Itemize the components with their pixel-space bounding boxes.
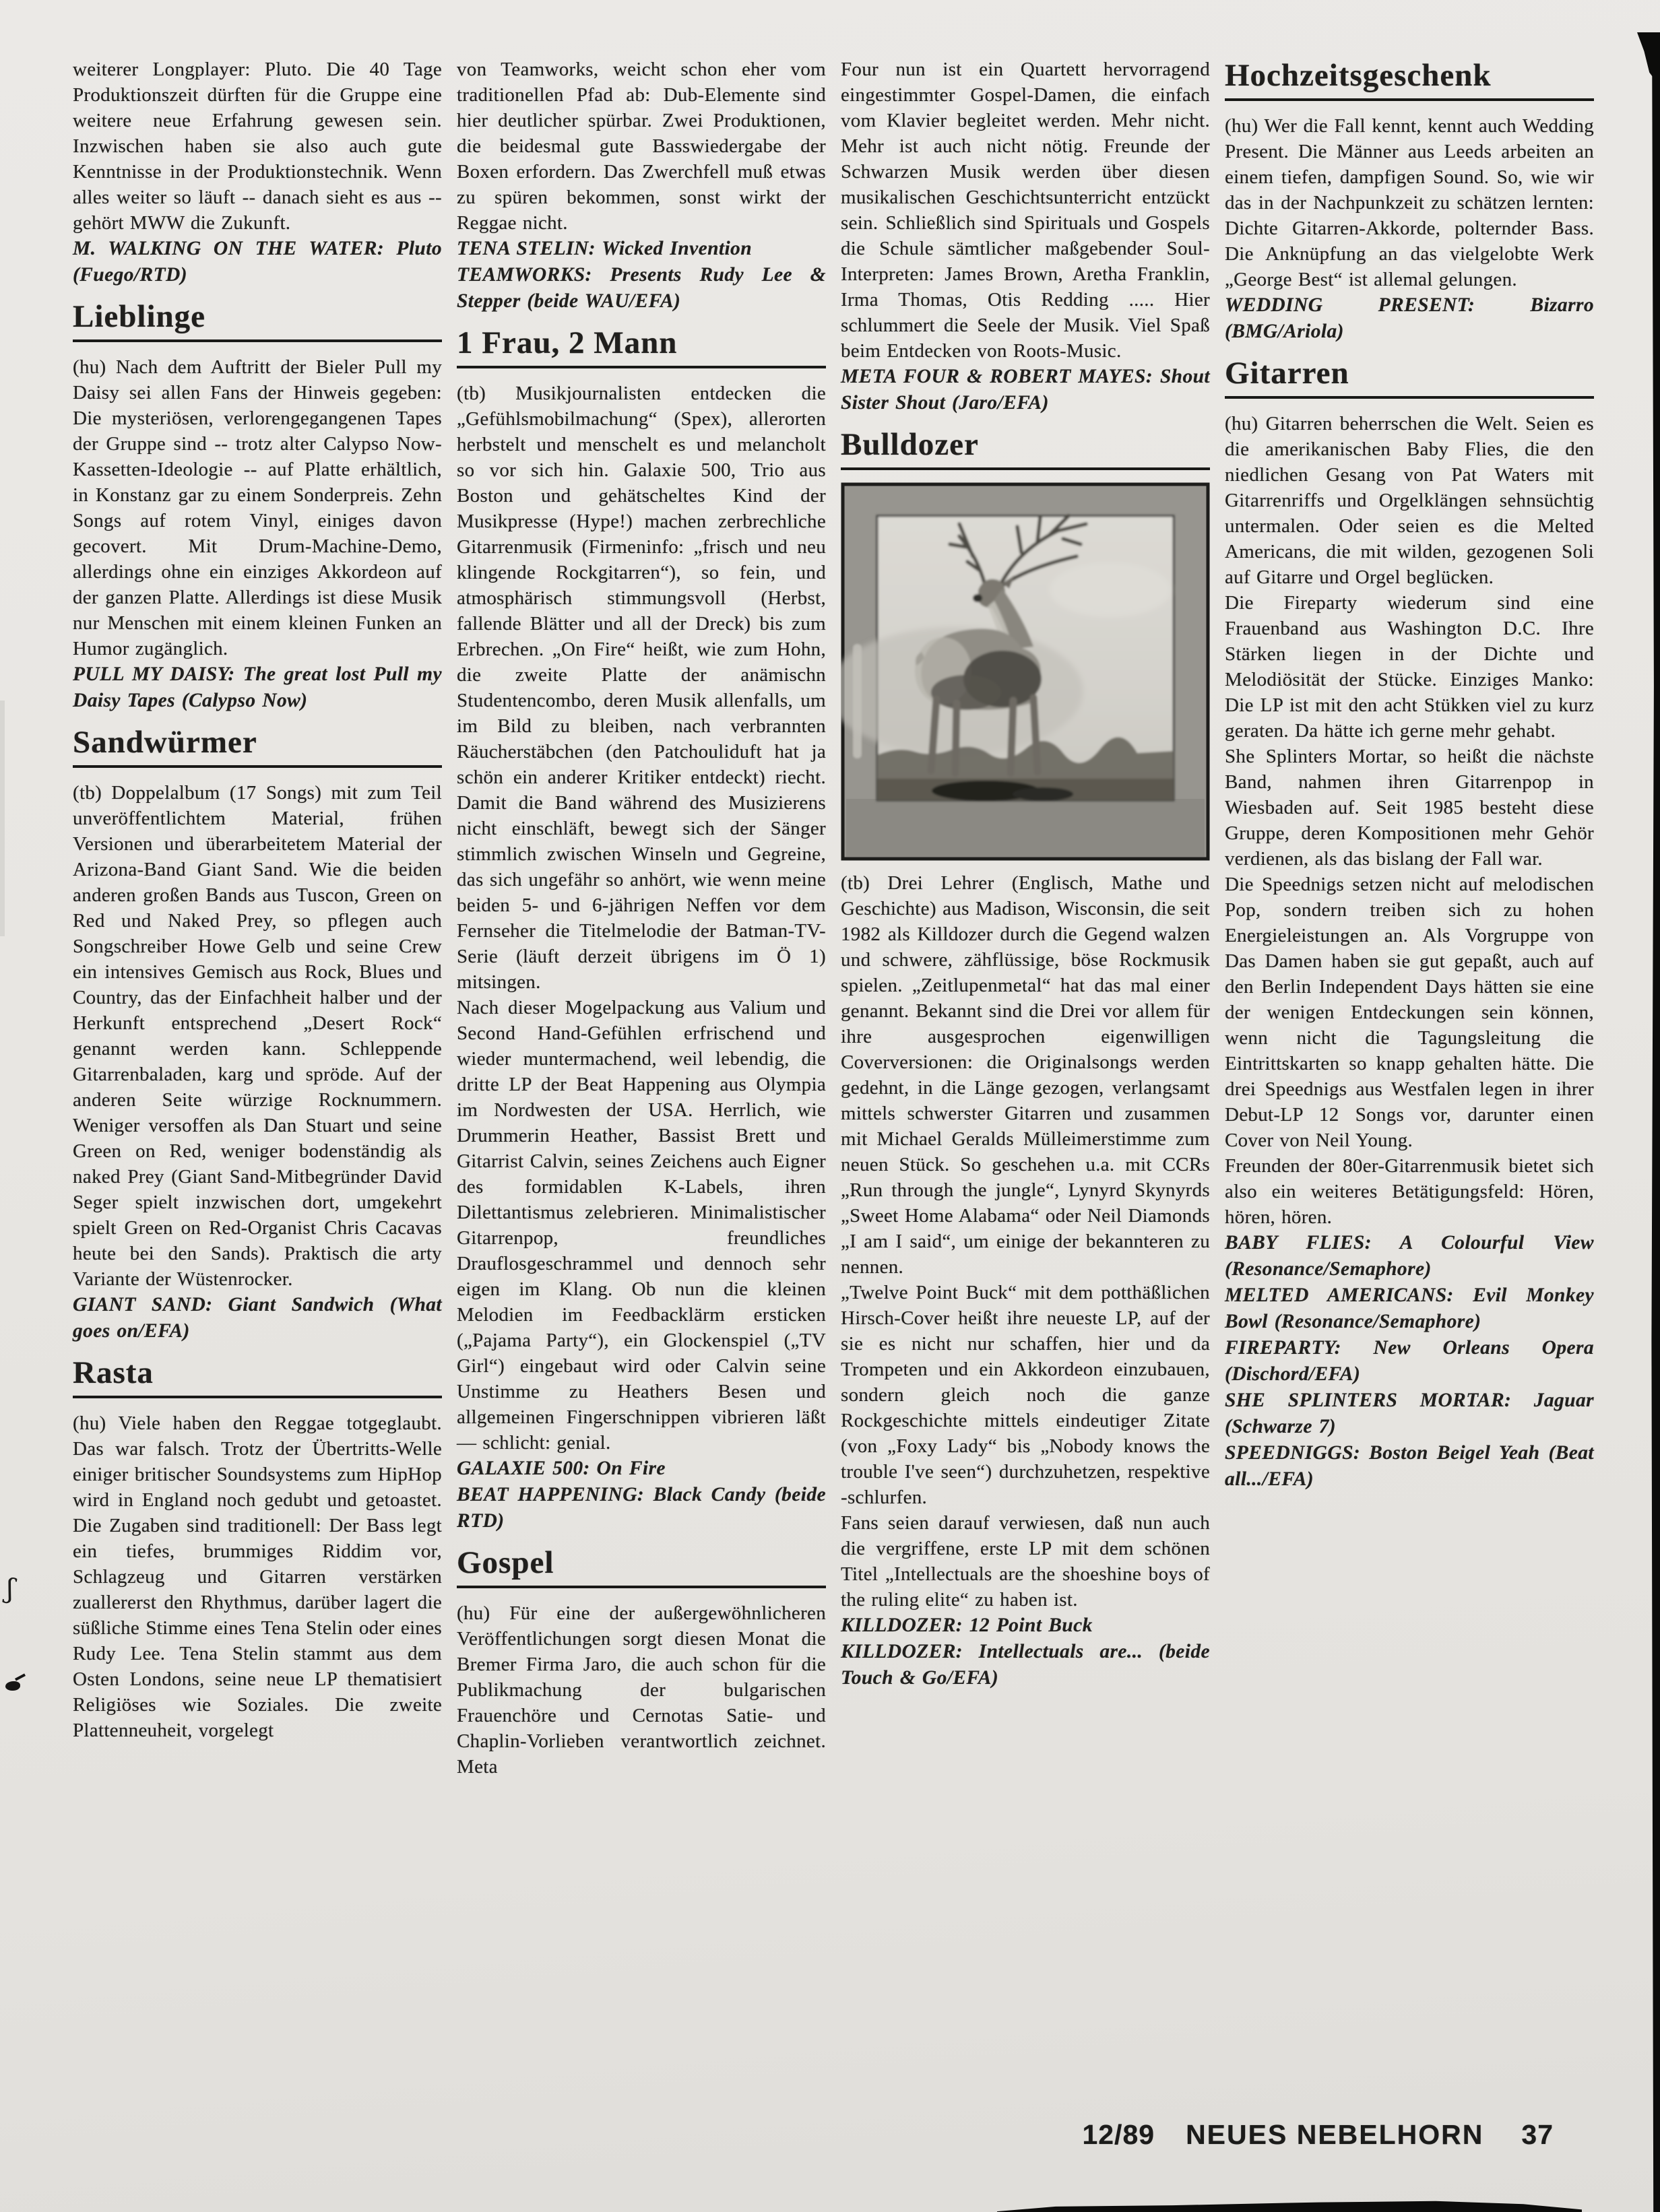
- album-credit-speedniggs: SPEEDNIGGS: Boston Beigel Yeah (Beat all…: [1225, 1440, 1594, 1493]
- column-1: weiterer Longplayer: Pluto. Die 40 Tage …: [73, 57, 442, 1780]
- album-credit-mww: M. WALKING ON THE WATER: Pluto (Fuego/RT…: [73, 236, 442, 288]
- sandwuermer-review: (tb) Doppelalbum (17 Songs) mit zum Teil…: [73, 780, 442, 1292]
- scan-margin-strip: [0, 701, 5, 936]
- heading-gitarren: Gitarren: [1225, 356, 1594, 399]
- album-credit-pull-my-daisy: PULL MY DAISY: The great lost Pull my Da…: [73, 661, 442, 714]
- mww-review-continued: weiterer Longplayer: Pluto. Die 40 Tage …: [73, 57, 442, 236]
- album-credit-killdozer-2: KILLDOZER: Intellectuals are... (beide T…: [841, 1639, 1210, 1691]
- heading-gospel: Gospel: [457, 1545, 826, 1588]
- gitarren-review-part5: Freunden der 80er-Gitarrenmusik bietet s…: [1225, 1153, 1594, 1230]
- margin-pen-mark: ʃ: [5, 1573, 16, 1604]
- footer-issue-date: 12/89: [1082, 2119, 1155, 2151]
- stag-image: [841, 482, 1210, 861]
- stag-belly-patch: [931, 675, 1001, 710]
- ink-blot-tail: [15, 1673, 26, 1681]
- heading-sandwuermer: Sandwürmer: [73, 725, 442, 768]
- beat-happening-review: Nach dieser Mogelpackung aus Valium und …: [457, 995, 826, 1456]
- picture-frame-bottom-shade: [846, 799, 1205, 857]
- stag-painting: [841, 482, 1210, 861]
- album-credit-galaxie-500: GALAXIE 500: On Fire: [457, 1456, 826, 1482]
- killdozer-review-part2: „Twelve Point Buck“ mit dem potthäßliche…: [841, 1280, 1210, 1510]
- gitarren-review-part1: (hu) Gitarren beherrschen die Welt. Seie…: [1225, 411, 1594, 590]
- wedding-present-review: (hu) Wer die Fall kennt, kennt auch Wedd…: [1225, 113, 1594, 292]
- column-3: Four nun ist ein Quartett hervorragend e…: [841, 57, 1210, 1780]
- galaxie500-review: (tb) Musikjournalisten entdecken die „Ge…: [457, 381, 826, 995]
- album-credit-wedding-present: WEDDING PRESENT: Bizarro (BMG/Ariola): [1225, 292, 1594, 345]
- rasta-review-part1: (hu) Viele haben den Reggae totgeglaubt.…: [73, 1410, 442, 1743]
- footer-magazine-title: NEUES NEBELHORN: [1186, 2119, 1483, 2151]
- heading-hochzeitsgeschenk: Hochzeitsgeschenk: [1225, 58, 1594, 101]
- album-credit-baby-flies: BABY FLIES: A Colourful View (Resonance/…: [1225, 1230, 1594, 1282]
- heading-bulldozer: Bulldozer: [841, 427, 1210, 470]
- heading-1-frau-2-mann: 1 Frau, 2 Mann: [457, 325, 826, 368]
- column-2: von Teamworks, weicht schon eher vom tra…: [457, 57, 826, 1780]
- gospel-review-part2: Four nun ist ein Quartett hervorragend e…: [841, 57, 1210, 364]
- gitarren-review-part2: Die Fireparty wiederum sind eine Frauenb…: [1225, 590, 1594, 744]
- magazine-page: weiterer Longplayer: Pluto. Die 40 Tage …: [0, 0, 1660, 2212]
- gitarren-review-part4: Die Speednigs setzen nicht auf melodisch…: [1225, 872, 1594, 1153]
- album-credit-teamworks: TEAMWORKS: Presents Rudy Lee & Stepper (…: [457, 262, 826, 315]
- picture-inner: [841, 516, 1174, 801]
- album-credit-giant-sand: GIANT SAND: Giant Sandwich (What goes on…: [73, 1292, 442, 1344]
- album-credit-she-splinters-mortar: SHE SPLINTERS MORTAR: Jaguar (Schwarze 7…: [1225, 1388, 1594, 1440]
- scan-edge-right-blob: [1637, 32, 1655, 79]
- background-cloud: [1050, 563, 1171, 617]
- gospel-review-part1: (hu) Für eine der außergewöhnlicheren Ve…: [457, 1600, 826, 1780]
- album-credit-killdozer-1: KILLDOZER: 12 Point Buck: [841, 1613, 1210, 1639]
- heading-lieblinge: Lieblinge: [73, 299, 442, 342]
- killdozer-review-part1: (tb) Drei Lehrer (Englisch, Mathe und Ge…: [841, 870, 1210, 1280]
- lieblinge-review: (hu) Nach dem Auftritt der Bieler Pull m…: [73, 354, 442, 661]
- page-footer: 12/89 NEUES NEBELHORN 37: [1082, 2119, 1554, 2151]
- dark-grass-clump-2: [1013, 787, 1073, 801]
- margin-ink-blot: [4, 1676, 27, 1693]
- stag-nose: [973, 594, 982, 602]
- ink-blot-body: [5, 1681, 20, 1691]
- column-4: Hochzeitsgeschenk(hu) Wer die Fall kennt…: [1225, 57, 1594, 1780]
- heading-rasta: Rasta: [73, 1355, 442, 1398]
- scan-edge-bottom: [997, 2200, 1582, 2212]
- gitarren-review-part3: She Splinters Mortar, so heißt die nächs…: [1225, 744, 1594, 872]
- footer-page-number: 37: [1521, 2119, 1554, 2151]
- article-columns: weiterer Longplayer: Pluto. Die 40 Tage …: [73, 57, 1594, 1780]
- album-credit-fireparty: FIREPARTY: New Orleans Opera (Dischord/E…: [1225, 1335, 1594, 1388]
- killdozer-review-part3: Fans seien darauf verwiesen, daß nun auc…: [841, 1510, 1210, 1613]
- album-credit-tena-stelin: TENA STELIN: Wicked Invention: [457, 236, 826, 262]
- album-credit-meta-four: META FOUR & ROBERT MAYES: Shout Sister S…: [841, 364, 1210, 416]
- scan-edge-right: [1651, 32, 1660, 2212]
- rasta-review-part2: von Teamworks, weicht schon eher vom tra…: [457, 57, 826, 236]
- album-credit-beat-happening: BEAT HAPPENING: Black Candy (beide RTD): [457, 1482, 826, 1534]
- album-credit-melted-americans: MELTED AMERICANS: Evil Monkey Bowl (Reso…: [1225, 1282, 1594, 1335]
